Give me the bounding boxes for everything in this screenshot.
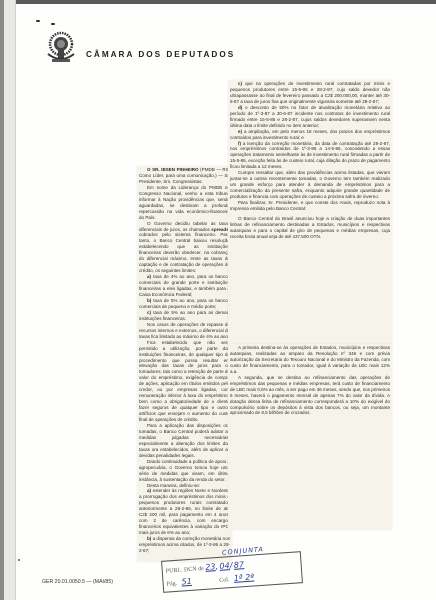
note-paragraph: O Banco Central do Brasil anunciou hoje … [230, 216, 390, 240]
speaker-name: O SR. IBSEN PINHEIRO [147, 167, 199, 172]
stamp-date-day: 23 [205, 562, 216, 572]
scan-speck [18, 559, 20, 561]
note-paragraph: A primeira destina-se às operações de Es… [230, 345, 390, 375]
clipping-right-column-top: c) que na operações de investimento rura… [228, 80, 392, 348]
brazil-coat-of-arms-icon [42, 30, 80, 66]
list-item: a) estender às regiões Norte e Nordeste … [139, 488, 230, 536]
list-item: c) que na operações de investimento rura… [230, 81, 390, 105]
stamp-page-number: 51 [181, 577, 192, 587]
stamp-date-year: 87 [234, 560, 245, 570]
list-item: f) a isenção da correção monetária, da d… [230, 141, 390, 171]
stamp-col-label: Col. [219, 577, 230, 584]
punch-mark [36, 20, 40, 22]
list-item: e) a ampliação, em pelo menos 18 meses, … [230, 129, 390, 141]
paragraph: Em nome da Liderança do PMDB no Congress… [139, 185, 230, 221]
list-item: b) a dispensa da correção monetária nos … [139, 536, 230, 554]
stamp-pag-label: Pág. [167, 581, 178, 588]
form-code: GER 20.01.0050.5 — (MAI/85) [42, 579, 113, 585]
paragraph: Cumpre ressaltar que, além das providênc… [230, 170, 390, 200]
note-paragraph: A segunda, que se destina ao refinanciam… [230, 375, 390, 417]
list-item: c) taxa de 5% ao ano para as demais inst… [139, 310, 230, 322]
stamp-publ-label: PUBL. [166, 567, 183, 574]
list-item: b) taxa de 5% ao ano, para os bancos com… [139, 298, 230, 310]
paragraph: O Governo decidiu tabelar as taxas difer… [139, 221, 230, 275]
punch-mark [51, 23, 55, 25]
list-item: d) o desconto de 50% no fator de atualiz… [230, 105, 390, 129]
institution-title: CÂMARA DOS DEPUTADOS [86, 50, 235, 59]
stamp-de-label: de [198, 566, 204, 572]
paragraph: Nos casos de operações de repasse de rec… [139, 322, 230, 340]
stamp-column-value: 1ª 2ª [233, 572, 254, 582]
scan-left-edge [0, 0, 4, 600]
list-item: a) taxa de 4% ao ano, para os bancos com… [139, 274, 230, 298]
stamp-source: DCN [184, 566, 197, 573]
clipping-right-column-bottom: A primeira destina-se às operações de Es… [228, 344, 392, 530]
paragraph: Para finalizar, Sr. Presidente, e que co… [230, 200, 390, 212]
paragraph: Fica estabelecido que não será permitido… [139, 340, 230, 423]
clipping-left-column: O SR. IBSEN PINHEIRO (PMDB — RS. Como Lí… [137, 166, 232, 562]
paragraph: Para a aplicação das disposições ora tom… [139, 423, 230, 459]
paragraph: Dando continuidade a política de apoio à… [139, 459, 230, 483]
